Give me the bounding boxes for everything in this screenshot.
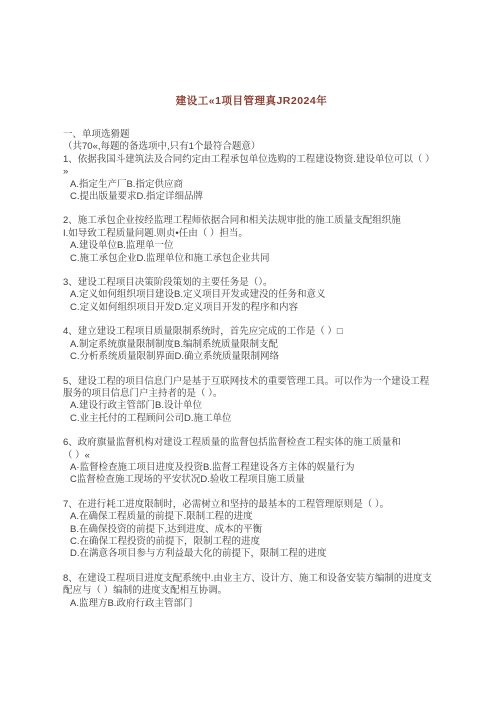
question-6-option-line: A·监督检查施工项目进度及投资B.监督工程建设各方主体的娱量行为 bbox=[70, 462, 440, 474]
question-1-stem-line: 1、依据我国斗建筑法及合同约定由工程承包单位选购的工程建设物资.建设单位可以（ … bbox=[63, 154, 440, 166]
question-2-stem-line: 2、施工承包企业按经监理工程师依据合同和相关法规审批的施工质量支配组织施 bbox=[63, 215, 440, 227]
question-8: 8、在建设工程项目进度支配系统中.由业主方、设计方、施工和设备安装方编制的进度支… bbox=[63, 573, 440, 610]
question-2-option-line: C.施工承包企业D.监理单位和施工承包企业共同 bbox=[70, 253, 440, 265]
question-1-stem-line: » bbox=[63, 166, 440, 178]
question-3-option-line: C.定义如何组织项目开发D.定义项目开发的程序和内容 bbox=[70, 302, 440, 314]
question-3: 3、建设工程项目决策阶段策划的主要任务是（）。 A.定义如何组织项目建设B.定义… bbox=[63, 277, 440, 314]
question-4: 4、建立建设工程项目质量限制系统时，首先应完成的工作是（ ）□ A.制定系统旗量… bbox=[63, 326, 440, 363]
section-note: （共70«,每题的备选项中,只有1个最符合题意） bbox=[63, 141, 440, 153]
question-6-stem-line: 6、政府旗量监督机构对建设工程质量的监督包括监督检查工程实体的施工质量和 bbox=[63, 437, 440, 449]
document-page: 建设工«1项目管理真JR2024年 一、单项选猾题 （共70«,每题的备选项中,… bbox=[0, 0, 500, 707]
question-6: 6、政府旗量监督机构对建设工程质量的监督包括监督检查工程实体的施工质量和 （ ）… bbox=[63, 437, 440, 487]
question-8-stem-line: 配应与（ ）编制的进度支配相互协调。 bbox=[63, 585, 440, 597]
document-title: 建设工«1项目管理真JR2024年 bbox=[63, 93, 440, 108]
question-8-stem-line: 8、在建设工程项目进度支配系统中.由业主方、设计方、施工和设备安装方编制的进度支 bbox=[63, 573, 440, 585]
question-6-stem-line: （ ）« bbox=[63, 450, 440, 462]
question-2-stem-line: I.如导致工程质量问题.则贞•任由（ ）担当。 bbox=[63, 228, 440, 240]
question-1: 1、依据我国斗建筑法及合同约定由工程承包单位选购的工程建设物资.建设单位可以（ … bbox=[63, 154, 440, 204]
question-5: 5、建设工程的项目信息门户是基于互联网技术的重要管理工具。可以作为一个建设工程 … bbox=[63, 376, 440, 426]
question-1-option-line: A.指定生产厂B.指定供应商 bbox=[70, 179, 440, 191]
question-2-option-line: A.建设单位B.监理单一位 bbox=[70, 240, 440, 252]
question-7-option-line: C.在确保工程投资的前提下，限制工程的进度 bbox=[70, 536, 440, 548]
question-3-stem-line: 3、建设工程项目决策阶段策划的主要任务是（）。 bbox=[63, 277, 440, 289]
question-7-option-line: B.在确保投资的前提下,达到进度、成本的平衡 bbox=[70, 524, 440, 536]
question-1-option-line: C.提出版量要求D.指定详细品牌 bbox=[70, 191, 440, 203]
question-5-option-line: C.业主托付的工程顾问公司D.施工单位 bbox=[70, 413, 440, 425]
question-5-stem-line: 5、建设工程的项目信息门户是基于互联网技术的重要管理工具。可以作为一个建设工程 bbox=[63, 376, 440, 388]
question-4-option-line: C.分析系统质量限制界面D.确立系统质量限制网络 bbox=[70, 351, 440, 363]
question-5-stem-line: 服务的项目信息门户主持者的是（ ）。 bbox=[63, 388, 440, 400]
question-7-option-line: A.在确保工程质量的前提下.限制工程的进度 bbox=[70, 511, 440, 523]
question-7-stem-line: 7、在进行耗工进度限制时，必需树立和坚持的最基本的工程管理原则是（ ）。 bbox=[63, 499, 440, 511]
question-3-option-line: A.定义如何组织项目建设B.定义项目开发或建没的任务和意义 bbox=[70, 289, 440, 301]
question-6-option-line: C监督检查施工现场的平安状况D.验收工程项目施工质量 bbox=[70, 474, 440, 486]
question-2: 2、施工承包企业按经监理工程师依据合同和相关法规审批的施工质量支配组织施 I.如… bbox=[63, 215, 440, 265]
question-4-option-line: A.制定系统旗量限制制度B.编制系统质量限制支配 bbox=[70, 339, 440, 351]
question-7: 7、在进行耗工进度限制时，必需树立和坚持的最基本的工程管理原则是（ ）。 A.在… bbox=[63, 499, 440, 561]
question-5-option-line: A.建设行政主管部门B.设计单位 bbox=[70, 400, 440, 412]
section-heading: 一、单项选猾题 bbox=[63, 129, 440, 141]
question-4-stem-line: 4、建立建设工程项目质量限制系统时，首先应完成的工作是（ ）□ bbox=[63, 326, 440, 338]
question-8-option-line: A.监理方B.政府行政主管部门 bbox=[70, 598, 440, 610]
question-7-option-line: D.在满意各项目参与方利益最大化的前提下，限制工程的进度 bbox=[70, 548, 440, 560]
